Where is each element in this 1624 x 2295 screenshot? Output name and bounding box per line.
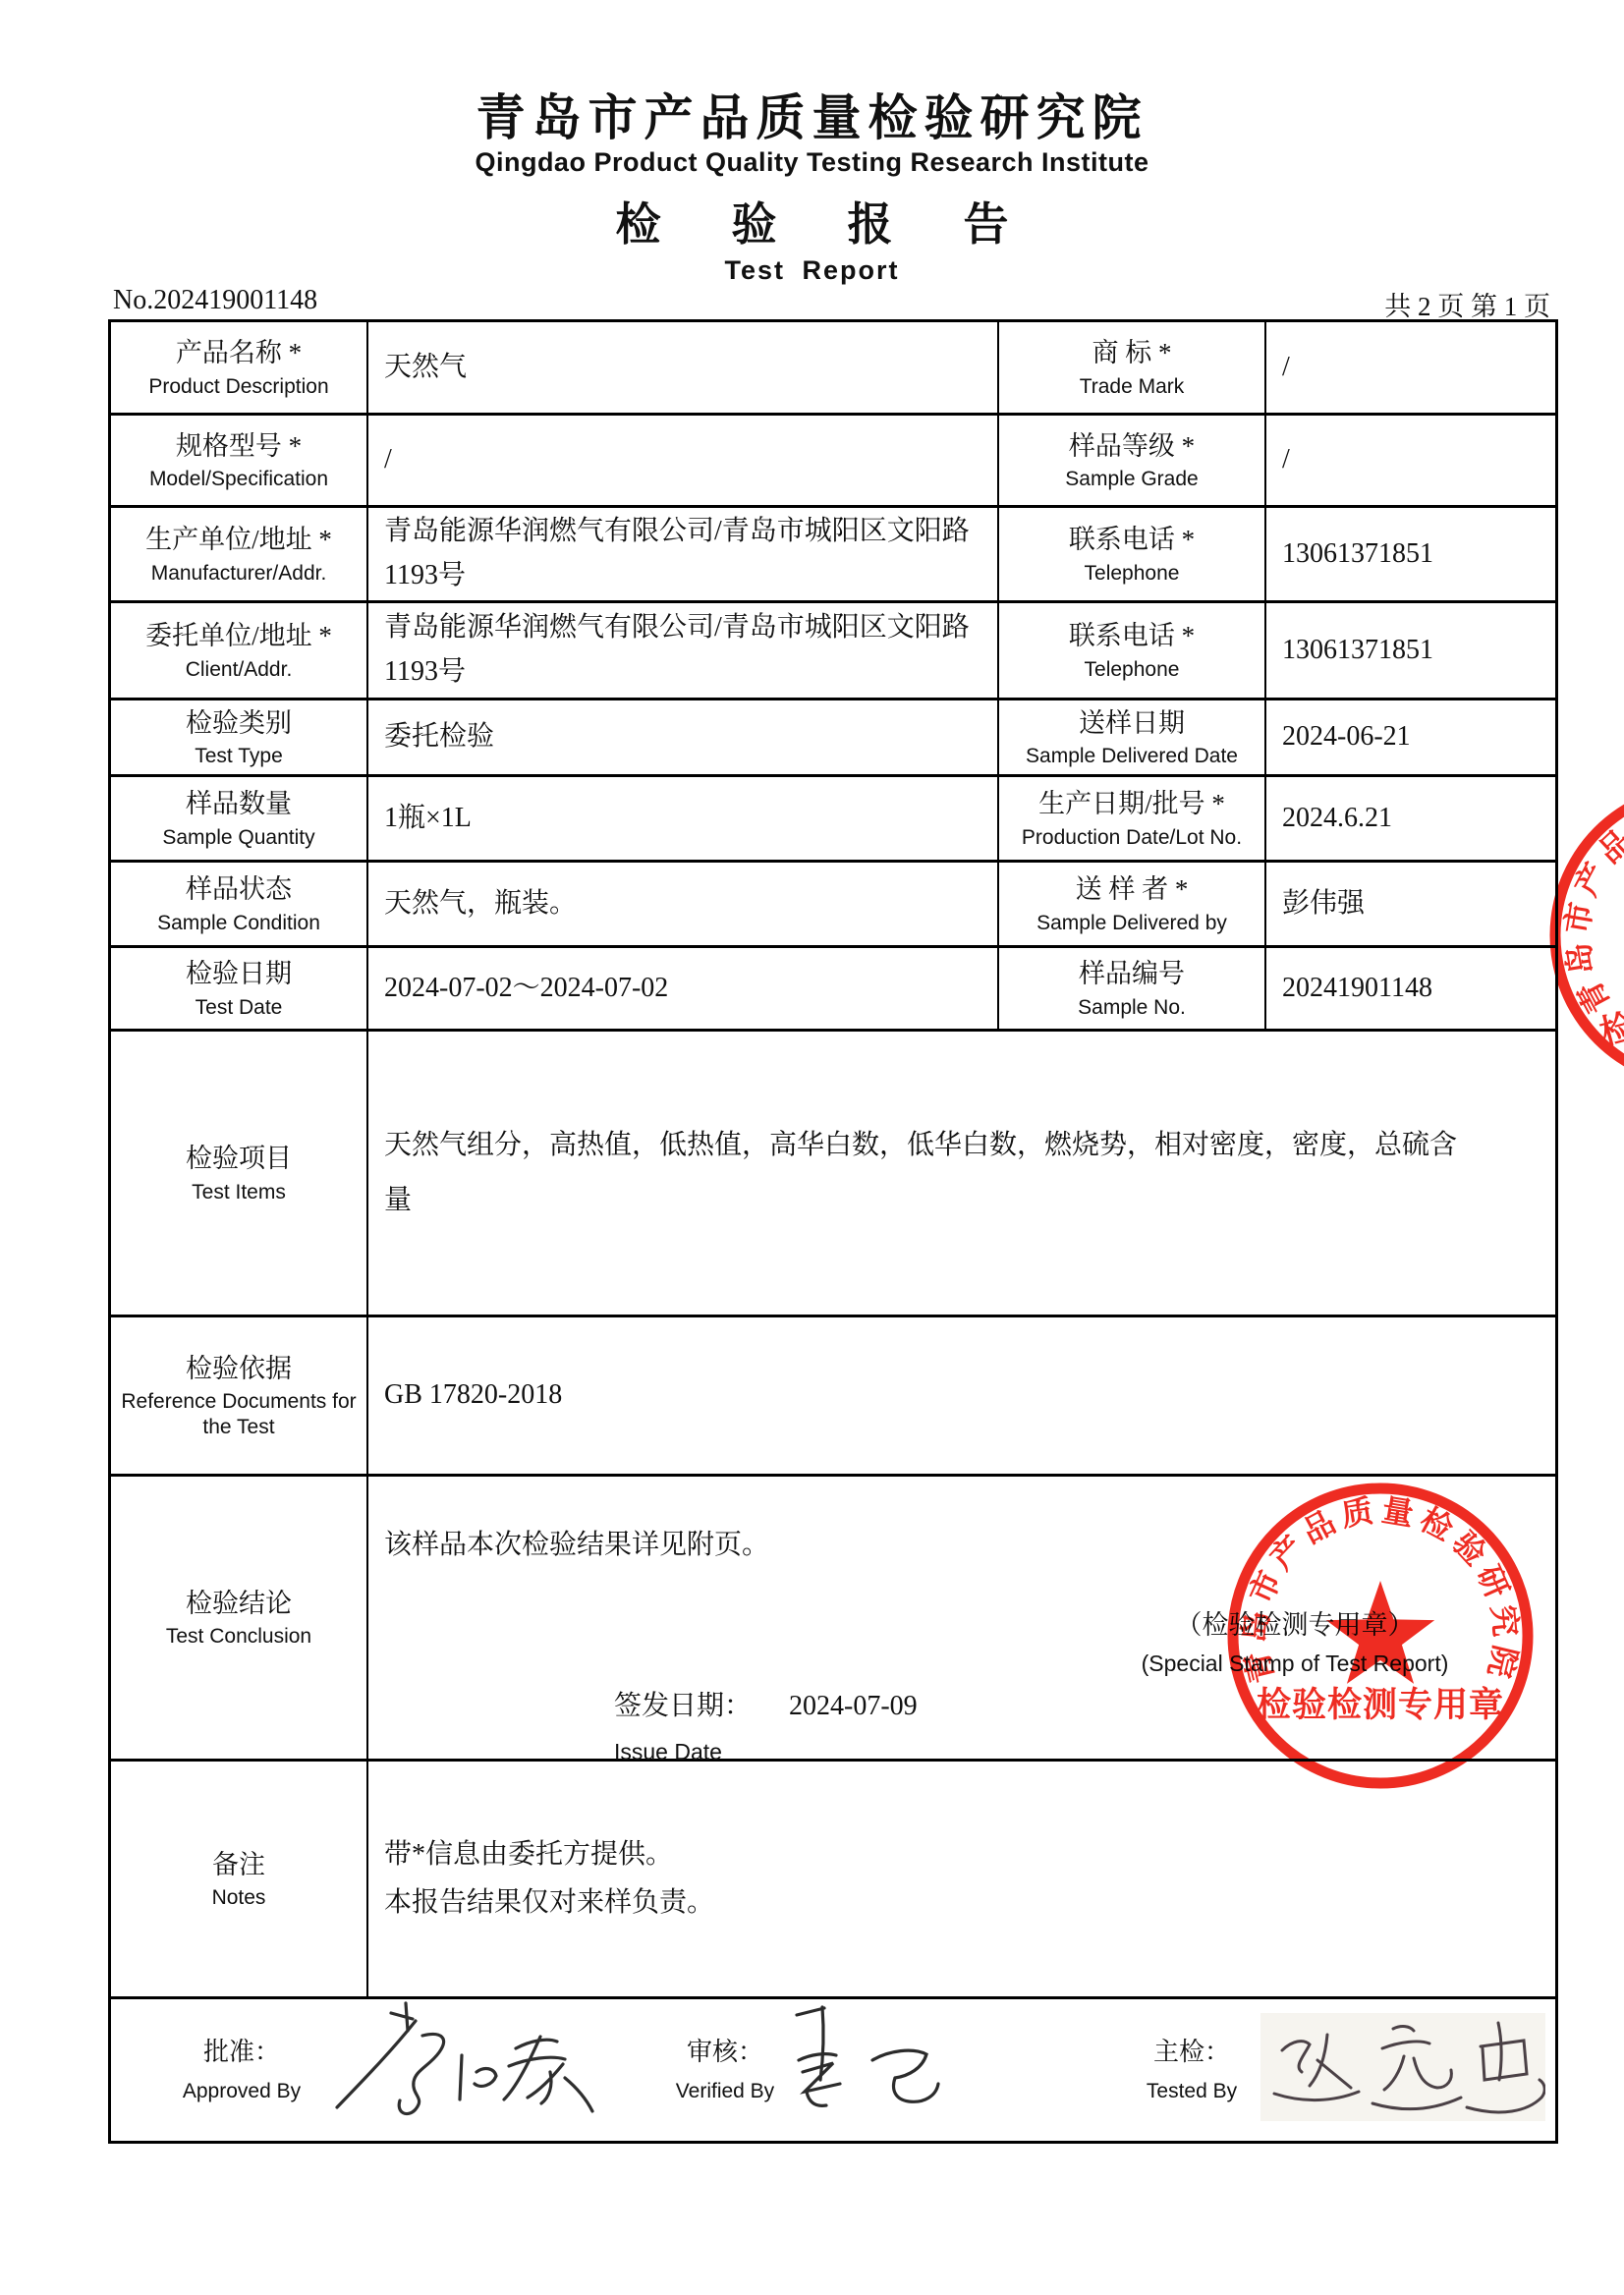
notes-line-1: 带*信息由委托方提供。 — [384, 1833, 714, 1877]
stamp-bottom-text: 检验检测专用章 — [1257, 1685, 1504, 1724]
page-count: 共 2 页 第 1 页 — [1384, 285, 1550, 323]
label-cn: 生产日期/批号 * — [1038, 786, 1225, 821]
label-test-items: 检验项目 Test Items — [111, 1032, 368, 1315]
approved-by-label: 批准： Approved By — [158, 2035, 325, 2104]
label-en: Telephone — [1085, 561, 1180, 587]
label-cn: 检验依据 — [186, 1351, 292, 1386]
report-title-cn: 检验报告 — [0, 189, 1624, 253]
label-sample-condition: 样品状态 Sample Condition — [111, 863, 368, 945]
notes-line-2: 本报告结果仅对来样负责。 — [384, 1881, 714, 1926]
table-row: 样品状态 Sample Condition 天然气，瓶装。 送 样 者 * Sa… — [111, 860, 1555, 945]
label-cn: 样品状态 — [186, 871, 292, 907]
label-cn: 送样日期 — [1079, 705, 1185, 741]
label-telephone-2: 联系电话 * Telephone — [999, 603, 1266, 698]
label-en: Sample Grade — [1065, 467, 1198, 492]
value-test-type: 委托检验 — [368, 700, 999, 774]
report-title-en: Test Report — [0, 255, 1624, 286]
label-en: Test Items — [192, 1180, 286, 1205]
value-text: 天然气 — [384, 346, 467, 390]
label-notes: 备注 Notes — [111, 1762, 368, 1996]
stamp-star-icon — [1326, 1581, 1434, 1684]
label-cn: 样品数量 — [186, 786, 292, 821]
label-en: Product Description — [148, 374, 328, 400]
value-text: / — [1282, 438, 1290, 482]
label-cn: 检验结论 — [186, 1586, 292, 1621]
table-row: 生产单位/地址 * Manufacturer/Addr. 青岛能源华润燃气有限公… — [111, 505, 1555, 600]
institute-title-cn: 青岛市产品质量检验研究院 — [0, 79, 1624, 149]
value-telephone-2: 13061371851 — [1266, 603, 1555, 698]
value-sample-quantity: 1瓶×1L — [368, 777, 999, 860]
value-model-specification: / — [368, 416, 999, 505]
institute-title-en: Qingdao Product Quality Testing Research… — [0, 147, 1624, 178]
label-en: Approved By — [183, 2079, 301, 2104]
svg-text:青岛市产品质量检验研究院: 青岛市产品质量检验研究院 — [1536, 768, 1624, 1022]
conclusion-text: 该样品本次检验结果详见附页。 — [384, 1524, 769, 1568]
value-test-items: 天然气组分，高热值，低热值，高华白数，低华白数，燃烧势，相对密度，密度，总硫含量 — [368, 1032, 1555, 1315]
label-sample-quantity: 样品数量 Sample Quantity — [111, 777, 368, 860]
table-row: 委托单位/地址 * Client/Addr. 青岛能源华润燃气有限公司/青岛市城… — [111, 600, 1555, 698]
table-row: 样品数量 Sample Quantity 1瓶×1L 生产日期/批号 * Pro… — [111, 774, 1555, 860]
value-text: 2024-06-21 — [1282, 715, 1411, 759]
table-row: 规格型号 * Model/Specification / 样品等级 * Samp… — [111, 413, 1555, 505]
value-sample-delivered-by: 彭伟强 — [1266, 863, 1555, 945]
label-cn: 产品名称 * — [176, 335, 302, 370]
stamp-arc-text: 青岛市产品质量检验研究院 — [1536, 768, 1624, 1022]
value-text: 2024-07-02～2024-07-02 — [384, 967, 668, 1011]
label-en: Sample Quantity — [162, 825, 314, 851]
table-row: 检验类别 Test Type 委托检验 送样日期 Sample Delivere… — [111, 698, 1555, 774]
label-en: Notes — [212, 1885, 266, 1911]
table-row: 产品名称 * Product Description 天然气 商 标 * Tra… — [111, 322, 1555, 413]
label-test-date: 检验日期 Test Date — [111, 948, 368, 1029]
label-cn: 检验项目 — [186, 1141, 292, 1176]
label-en: Test Date — [196, 995, 283, 1021]
value-production-date-lot: 2024.6.21 — [1266, 777, 1555, 860]
label-en: Manufacturer/Addr. — [151, 561, 327, 587]
value-text: 13061371851 — [1282, 629, 1433, 673]
value-sample-delivered-date: 2024-06-21 — [1266, 700, 1555, 774]
label-model-specification: 规格型号 * Model/Specification — [111, 416, 368, 505]
label-manufacturer-addr: 生产单位/地址 * Manufacturer/Addr. — [111, 508, 368, 600]
stamp-ring — [1536, 768, 1624, 1102]
issue-date-label-en: Issue Date — [614, 1734, 722, 1770]
label-en: Client/Addr. — [186, 657, 293, 683]
issue-date-value: 2024-07-09 — [789, 1685, 918, 1729]
label-en: Sample Delivered by — [1036, 911, 1227, 936]
value-text: 青岛能源华润燃气有限公司/青岛市城阳区文阳路1193号 — [384, 510, 981, 598]
value-sample-condition: 天然气，瓶装。 — [368, 863, 999, 945]
label-telephone-1: 联系电话 * Telephone — [999, 508, 1266, 600]
label-en: Trade Mark — [1080, 374, 1185, 400]
label-en: Sample Condition — [157, 911, 320, 936]
test-items-text: 天然气组分，高热值，低热值，高华白数，低华白数，燃烧势，相对密度，密度，总硫含量 — [384, 1118, 1465, 1228]
label-cn: 联系电话 * — [1069, 522, 1195, 557]
reference-text: GB 17820-2018 — [384, 1373, 562, 1418]
value-text: / — [384, 438, 392, 482]
label-cn: 审核： — [687, 2035, 763, 2069]
verified-signature — [779, 1993, 961, 2126]
value-sample-no: 20241901148 — [1266, 948, 1555, 1029]
label-sample-grade: 样品等级 * Sample Grade — [999, 416, 1266, 505]
value-trade-mark: / — [1266, 322, 1555, 413]
label-en: Sample No. — [1078, 995, 1186, 1021]
verified-by-label: 审核： Verified By — [656, 2035, 794, 2104]
value-text: 1瓶×1L — [384, 797, 472, 841]
value-text: 2024.6.21 — [1282, 797, 1392, 841]
value-text: 委托检验 — [384, 715, 494, 759]
label-cn: 检验日期 — [186, 956, 292, 991]
value-manufacturer-addr: 青岛能源华润燃气有限公司/青岛市城阳区文阳路1193号 — [368, 508, 999, 600]
label-cn: 检验类别 — [186, 705, 292, 741]
value-text: 天然气，瓶装。 — [384, 882, 577, 926]
label-cn: 备注 — [212, 1847, 265, 1882]
value-text: 20241901148 — [1282, 967, 1432, 1011]
value-text: 青岛能源华润燃气有限公司/青岛市城阳区文阳路1193号 — [384, 606, 981, 695]
label-cn: 生产单位/地址 * — [145, 522, 332, 557]
signature-row: 批准： Approved By 审核： Verified By — [111, 1996, 1555, 2141]
label-en: Test Type — [195, 744, 283, 769]
label-en: Verified By — [676, 2079, 774, 2104]
label-cn: 批准： — [203, 2035, 280, 2069]
label-cn: 商 标 * — [1092, 335, 1172, 370]
label-en: Production Date/Lot No. — [1022, 825, 1242, 851]
label-en: Model/Specification — [149, 467, 328, 492]
label-cn: 委托单位/地址 * — [145, 618, 332, 653]
label-trade-mark: 商 标 * Trade Mark — [999, 322, 1266, 413]
notes-text: 带*信息由委托方提供。 本报告结果仅对来样负责。 — [384, 1829, 714, 1930]
tested-signature — [1260, 2013, 1545, 2121]
value-client-addr: 青岛能源华润燃气有限公司/青岛市城阳区文阳路1193号 — [368, 603, 999, 698]
value-sample-grade: / — [1266, 416, 1555, 505]
label-cn: 样品编号 — [1079, 956, 1185, 991]
label-en: Test Conclusion — [166, 1624, 311, 1650]
label-cn: 送 样 者 * — [1076, 871, 1189, 907]
report-number-line: No.202419001148 共 2 页 第 1 页 — [113, 285, 1550, 318]
label-sample-no: 样品编号 Sample No. — [999, 948, 1266, 1029]
table-row: 检验日期 Test Date 2024-07-02～2024-07-02 样品编… — [111, 945, 1555, 1029]
label-cn: 样品等级 * — [1069, 428, 1195, 464]
value-test-date: 2024-07-02～2024-07-02 — [368, 948, 999, 1029]
table-row-test-items: 检验项目 Test Items 天然气组分，高热值，低热值，高华白数，低华白数，… — [111, 1029, 1555, 1315]
table-row-reference: 检验依据 Reference Documents for the Test GB… — [111, 1315, 1555, 1474]
value-text: / — [1282, 346, 1290, 390]
report-number: No.202419001148 — [113, 285, 317, 316]
label-en: Sample Delivered Date — [1026, 744, 1238, 769]
label-sample-delivered-by: 送 样 者 * Sample Delivered by — [999, 863, 1266, 945]
label-test-type: 检验类别 Test Type — [111, 700, 368, 774]
test-report-page: 青岛市产品质量检验研究院 Qingdao Product Quality Tes… — [0, 0, 1624, 2295]
issue-date-label-cn: 签发日期： — [614, 1685, 752, 1729]
label-test-conclusion: 检验结论 Test Conclusion — [111, 1477, 368, 1759]
label-product-description: 产品名称 * Product Description — [111, 322, 368, 413]
label-cn: 联系电话 * — [1069, 618, 1195, 653]
label-en: Telephone — [1085, 657, 1180, 683]
label-client-addr: 委托单位/地址 * Client/Addr. — [111, 603, 368, 698]
value-text: 彭伟强 — [1282, 882, 1365, 926]
label-production-date-lot: 生产日期/批号 * Production Date/Lot No. — [999, 777, 1266, 860]
value-text: 13061371851 — [1282, 532, 1433, 577]
official-stamp: 青岛市产品质量检验研究院 检验检测专用章 — [1213, 1469, 1547, 1803]
label-cn: 规格型号 * — [176, 428, 302, 464]
approved-signature — [329, 2001, 594, 2124]
label-reference-documents: 检验依据 Reference Documents for the Test — [111, 1317, 368, 1474]
official-stamp-partial: 青岛市产品质量检验研究院 检验检测专用章 — [1536, 768, 1624, 1102]
label-en: Tested By — [1147, 2079, 1237, 2104]
label-sample-delivered-date: 送样日期 Sample Delivered Date — [999, 700, 1266, 774]
report-table: 产品名称 * Product Description 天然气 商 标 * Tra… — [108, 319, 1558, 2144]
value-product-description: 天然气 — [368, 322, 999, 413]
tested-by-label: 主检： Tested By — [1128, 2035, 1256, 2104]
value-reference-documents: GB 17820-2018 — [368, 1317, 1555, 1474]
label-en: Reference Documents for the Test — [117, 1389, 361, 1441]
label-cn: 主检： — [1153, 2035, 1230, 2069]
value-telephone-1: 13061371851 — [1266, 508, 1555, 600]
